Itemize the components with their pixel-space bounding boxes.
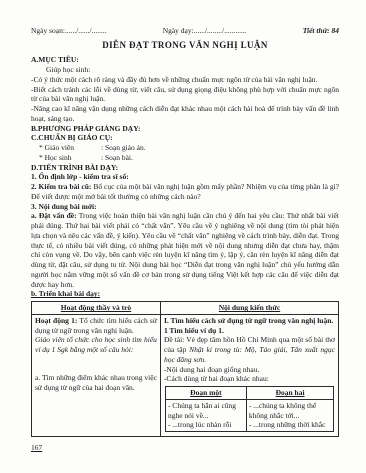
page-number: 167 xyxy=(31,443,42,453)
topic-poem-titles: Nhật kí trong tù: Mộ, Tảo giải, Tân xuất… xyxy=(164,345,335,364)
observation-point-2: -Cách dùng từ hai đoạn khác nhau: xyxy=(164,374,335,384)
passage-one-example-1: - Chúng ta hẳn ai cũng nghe nói về... xyxy=(168,401,244,421)
column-header-knowledge: Nội dung kiến thức xyxy=(160,302,338,315)
activity-1-paragraph: Hoạt động 1: Tổ chức tìm hiểu cách sử dụ… xyxy=(35,316,157,336)
period-number-label: Tiết thứ: 84 xyxy=(303,26,339,36)
objectives-intro: Giúp học sinh: xyxy=(31,65,339,75)
section-c-heading: C.CHUẨN BỊ GIÁO CỤ: xyxy=(31,133,339,143)
passage-comparison-table: Đoạn một Đoạn hai - Chúng ta hẳn ai cũng… xyxy=(165,386,334,432)
passage-one-header: Đoạn một xyxy=(165,387,246,400)
passage-two-example-1: - ...chúng ta không thể không nhắc tới..… xyxy=(249,401,331,421)
objective-item-2: -Biết cách tránh các lỗi về dùng từ, viế… xyxy=(31,85,339,105)
column-header-activities: Hoạt động thầy và trò xyxy=(32,302,161,315)
step-2-label: 2. Kiểm tra bài cũ: xyxy=(31,182,91,191)
objective-item-3: -Nâng cao kĩ năng vận dụng những cách di… xyxy=(31,104,339,124)
passage-one-cell: - Chúng ta hẳn ai cũng nghe nói về... - … xyxy=(165,399,246,431)
step-1-stabilize-class: 1. Ổn định lớp - kiểm tra sĩ số: xyxy=(31,172,339,182)
student-prep-row: * Học sinh : Soạn bài. xyxy=(31,153,339,163)
passage-one-example-2: - ...trong lúc nhàn rỗi xyxy=(168,420,244,430)
column-header-activities-text: Hoạt động thầy và trò xyxy=(61,303,131,312)
date-prepared-label: Ngày soạn:....../....../........ xyxy=(31,26,107,36)
knowledge-cell: I. Tìm hiểu cách sử dụng từ ngữ trong vă… xyxy=(160,314,338,436)
lesson-deployment-label: b. Triển khai bài dạy: xyxy=(31,289,339,299)
student-prep-label: * Học sinh xyxy=(39,153,101,163)
section-a-heading: A.MỤC TIÊU: xyxy=(31,55,339,65)
lesson-title: DIỄN ĐẠT TRONG VĂN NGHỊ LUẬN xyxy=(31,40,339,52)
passage-two-header: Đoạn hai xyxy=(246,387,333,400)
teacher-prep-value: : Soạn giáo án. xyxy=(101,143,146,153)
problem-statement-paragraph: a. Đặt vấn đề: Trong việc hoàn thiện bài… xyxy=(31,211,339,289)
topic-label: Đề tài: xyxy=(164,335,184,344)
passage-one-header-text: Đoạn một xyxy=(190,388,221,397)
problem-statement-label: a. Đặt vấn đề: xyxy=(31,211,77,220)
passage-two-cell: - ...chúng ta không thể không nhắc tới..… xyxy=(246,399,333,431)
activities-cell: Hoạt động 1: Tổ chức tìm hiểu cách sử dụ… xyxy=(32,314,161,436)
column-header-knowledge-text: Nội dung kiến thức xyxy=(219,303,280,312)
date-taught-label: Ngày dạy:....../......../............ xyxy=(163,26,247,36)
table-header-row: Hoạt động thầy và trò Nội dung kiến thức xyxy=(32,302,339,315)
activity-content-table: Hoạt động thầy và trò Nội dung kiến thức… xyxy=(31,301,339,437)
topic-paragraph: Đề tài: Vẻ đẹp tâm hồn Hồ Chí Minh qua m… xyxy=(164,335,335,364)
header-row: Ngày soạn:....../....../........ Ngày dạ… xyxy=(31,26,339,36)
comparison-body-row: - Chúng ta hẳn ai cũng nghe nói về... - … xyxy=(165,399,333,431)
section-b-heading: B.PHƯƠNG PHÁP GIẢNG DẠY: xyxy=(31,124,339,134)
knowledge-heading-1: I. Tìm hiểu cách sử dụng từ ngữ trong vă… xyxy=(164,316,335,326)
section-d-heading: D.TIẾN TRÌNH BÀI DẠY: xyxy=(31,163,339,173)
teacher-instruction-note: Giáo viên tổ chức cho học sinh tìm hiểu … xyxy=(35,335,157,355)
knowledge-heading-2: 1 Tìm hiểu ví dụ 1. xyxy=(164,326,335,336)
student-prep-value: : Soạn bài. xyxy=(101,153,133,163)
step-3-new-content: 3. Nội dung bài mới: xyxy=(31,202,339,212)
table-body-row: Hoạt động 1: Tổ chức tìm hiểu cách sử dụ… xyxy=(32,314,339,436)
step-2-check-old-lesson: 2. Kiểm tra bài cũ: Bố cục của một bài v… xyxy=(31,182,339,202)
passage-two-example-2: - ...trong những thời khắc xyxy=(249,420,331,430)
question-a-text: a. Tìm những điểm khác nhau trong việc s… xyxy=(35,373,157,393)
passage-two-header-text: Đoạn hai xyxy=(276,388,305,397)
document-page: Ngày soạn:....../....../........ Ngày dạ… xyxy=(0,0,366,473)
observation-point-1: -Nội dung hai đoạn giống nhau. xyxy=(164,365,335,375)
activity-1-label: Hoạt động 1: xyxy=(35,316,77,325)
teacher-prep-label: * Giáo viên xyxy=(39,143,101,153)
teacher-prep-row: * Giáo viên : Soạn giáo án. xyxy=(31,143,339,153)
objective-item-1: -Có ý thức một cách rõ ràng và đầy đủ hơ… xyxy=(31,75,339,85)
comparison-header-row: Đoạn một Đoạn hai xyxy=(165,387,333,400)
problem-statement-text: Trong việc hoàn thiện bài văn nghị luận … xyxy=(31,211,339,288)
